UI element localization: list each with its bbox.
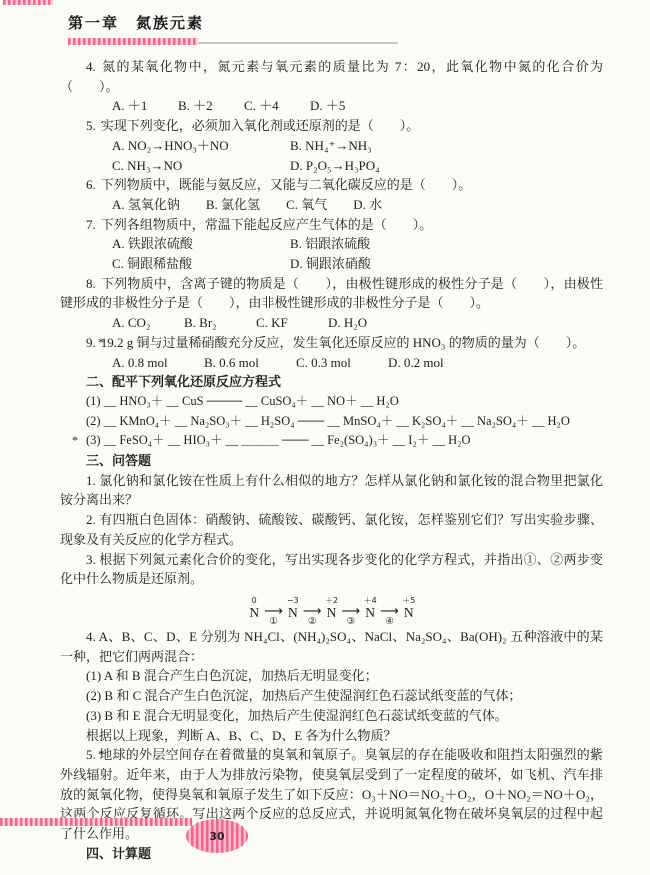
element-symbol: N [365,605,375,620]
n-state-plus5: ＋5N [401,597,417,620]
qa-question-1: 1. 氯化钠和氯化铵在性质上有什么相似的地方？怎样从氯化钠和氯化铵的混合物里把氯… [60,471,603,510]
corner-pink-mark [3,0,53,5]
qa-question-2: 2. 有四瓶白色固体：硝酸钠、硫酸铵、碳酸钙、氯化铵，怎样鉴别它们？写出实验步骤… [60,510,603,549]
option-a: A. NO₂→HNO₃＋NO [112,136,290,156]
question-5-options-row1: A. NO₂→HNO₃＋NOB. NH₄⁺→NH₃ [60,136,603,156]
option-a: A. 铁跟浓硫酸 [112,234,290,254]
step-label: ④ [385,617,394,627]
option-d: D. ＋5 [310,96,345,116]
qa-question-3: 3. 根据下列氮元素化合价的变化，写出实现各步变化的化学方程式，并指出①、②两步… [60,550,603,589]
page-number-badge: 30 [186,819,248,853]
exercise-body: 4.氮的某氧化物中，氮元素与氧元素的质量比为 7：20，此氧化物中氮的化合价为（… [60,57,603,863]
equation-text: (3) __ FeSO₄＋ __ HIO₃＋ __ ＿＿＿ ─── __ Fe₂… [86,433,471,447]
option-c: C. NH₃→NO [112,156,290,176]
qa4-conclusion: 根据以上现象，判断 A、B、C、D、E 各为什么物质？ [60,726,603,746]
chapter-title: 第一章 氮族元素 [68,12,204,33]
question-number: 6. [86,177,96,192]
option-b: B. ＋2 [178,96,244,116]
valence-chain: 0N ⟶① −3N ⟶② ＋2N ⟶③ ＋4N ⟶④ ＋5N [246,597,417,627]
equation-3: *(3) __ FeSO₄＋ __ HIO₃＋ __ ＿＿＿ ─── __ Fe… [60,431,603,451]
option-a: A. 氢氧化钠 [112,195,180,215]
oxidation-number: ＋4 [364,597,377,605]
option-b: B. NH₄⁺→NH₃ [290,136,372,156]
question-text: 5. 地球的外层空间存在着微量的臭氧和氧原子。臭氧层的存在能吸收和阻挡太阳强烈的… [60,747,603,841]
question-8: 8.下列物质中，含离子键的物质是（ ），由极性键形成的极性分子是（ ），由极性键… [60,274,603,313]
option-b: B. 铝跟浓硫酸 [290,234,370,254]
star-marker: * [72,431,78,451]
option-c: C. 0.3 mol [296,353,388,373]
option-a: A. ＋1 [112,96,178,116]
oxidation-number: −3 [287,597,299,605]
question-6-options: A. 氢氧化钠B. 氯化氢C. 氧气D. 水 [60,195,603,215]
qa-question-5: *5. 地球的外层空间存在着微量的臭氧和氧原子。臭氧层的存在能吸收和阻挡太阳强烈… [60,745,603,844]
n-state-minus3: −3N [285,597,301,620]
option-c: C. 铜跟稀盐酸 [112,254,290,274]
question-number: 5. [86,118,96,133]
qa-question-4: 4. A、B、C、D、E 分别为 NH₄Cl、(NH₄)₂SO₄、NaCl、Na… [60,627,603,666]
step-label: ③ [347,617,356,627]
question-7: 7.下列各组物质中，常温下能起反应产生气体的是（ ）。 [60,215,603,235]
question-7-options-row2: C. 铜跟稀盐酸D. 铜跟浓硝酸 [60,254,603,274]
question-number: 7. [86,217,96,232]
question-8-options: A. CO₂B. Br₂C. KFD. H₂O [60,313,603,333]
section-2-heading: 二、配平下列氧化还原反应方程式 [60,372,603,392]
star-marker: * [72,333,104,353]
oxidation-number: 0 [252,597,257,605]
question-9: *9.19.2 g 铜与过量稀硝酸充分反应，发生氧化还原反应的 HNO₃ 的物质… [60,333,603,353]
option-a: A. 0.8 mol [112,353,204,373]
element-symbol: N [249,605,259,620]
n-state-plus2: ＋2N [324,597,340,620]
title-underline [68,38,398,46]
option-b: B. 氯化氢 [206,195,260,215]
option-b: B. 0.6 mol [204,353,296,373]
question-text: 下列物质中，既能与氨反应，又能与二氧化碳反应的是（ ）。 [101,177,472,192]
equation-1: (1) __ HNO₃＋ __ CuS ──── __ CuSO₄＋ __ NO… [60,392,603,412]
page-number: 30 [209,830,224,843]
oxidation-number: ＋2 [325,597,338,605]
section-4-heading: 四、计算题 [60,844,603,864]
question-number: 8. [86,276,96,291]
n-state-0: 0N [246,597,262,620]
element-symbol: N [404,605,414,620]
step-arrow-2: ⟶② [303,597,322,627]
option-d: D. 0.2 mol [388,353,444,373]
element-symbol: N [327,605,337,620]
step-arrow-4: ⟶④ [380,597,399,627]
question-4: 4.氮的某氧化物中，氮元素与氧元素的质量比为 7：20，此氧化物中氮的化合价为（… [60,57,603,96]
step-label: ① [269,617,278,627]
n-state-plus4: ＋4N [362,597,378,620]
question-7-options-row1: A. 铁跟浓硫酸B. 铝跟浓硫酸 [60,234,603,254]
option-c: C. KF [256,313,328,333]
option-a: A. CO₂ [112,313,184,333]
question-9-options: A. 0.8 molB. 0.6 molC. 0.3 molD. 0.2 mol [60,353,603,373]
option-d: D. 水 [353,195,382,215]
oxidation-number: ＋5 [402,597,415,605]
question-5-options-row2: C. NH₃→NOD. P₂O₅→H₃PO₄ [60,156,603,176]
chapter-header: 第一章 氮族元素 [68,12,204,33]
qa4-condition-3: (3) B 和 E 混合无明显变化，加热后产生使湿润红色石蕊试纸变蓝的气体。 [60,706,603,726]
qa4-condition-2: (2) B 和 C 混合产生白色沉淀，加热后产生使湿润红色石蕊试纸变蓝的气体； [60,686,603,706]
qa4-condition-1: (1) A 和 B 混合产生白色沉淀，加热后无明显变化； [60,666,603,686]
thin-rule-line [198,42,398,44]
question-text: 实现下列变化，必须加入氧化剂或还原剂的是（ ）。 [101,118,420,133]
question-text: 下列物质中，含离子键的物质是（ ），由极性键形成的极性分子是（ ），由极性键形成… [60,276,603,311]
question-text: 19.2 g 铜与过量稀硝酸充分反应，发生氧化还原反应的 HNO₃ 的物质的量为… [101,335,585,350]
question-text: 氮的某氧化物中，氮元素与氧元素的质量比为 7：20，此氧化物中氮的化合价为（ ）… [60,59,603,94]
option-d: D. P₂O₅→H₃PO₄ [290,156,380,176]
question-5: 5.实现下列变化，必须加入氧化剂或还原剂的是（ ）。 [60,116,603,136]
pink-striped-bar [68,38,198,45]
option-b: B. Br₂ [184,313,256,333]
nitrogen-valence-diagram: 0N ⟶① −3N ⟶② ＋2N ⟶③ ＋4N ⟶④ ＋5N [60,592,603,624]
element-symbol: N [288,605,298,620]
equation-2: (2) __ KMnO₄＋ __ Na₂SO₃＋ __ H₂SO₄ ─── __… [60,412,603,432]
question-number: 4. [86,59,96,74]
option-d: D. 铜跟浓硝酸 [290,254,371,274]
footer-decorative-strip [0,818,192,826]
question-6: 6.下列物质中，既能与氨反应，又能与二氧化碳反应的是（ ）。 [60,175,603,195]
question-4-options: A. ＋1B. ＋2C. ＋4D. ＋5 [60,96,603,116]
option-c: C. 氧气 [286,195,327,215]
option-c: C. ＋4 [244,96,310,116]
star-marker: * [72,745,104,765]
step-arrow-1: ⟶① [264,597,283,627]
step-arrow-3: ⟶③ [342,597,361,627]
question-text: 下列各组物质中，常温下能起反应产生气体的是（ ）。 [101,217,433,232]
option-d: D. H₂O [328,313,367,333]
step-label: ② [308,617,317,627]
section-3-heading: 三、问答题 [60,451,603,471]
